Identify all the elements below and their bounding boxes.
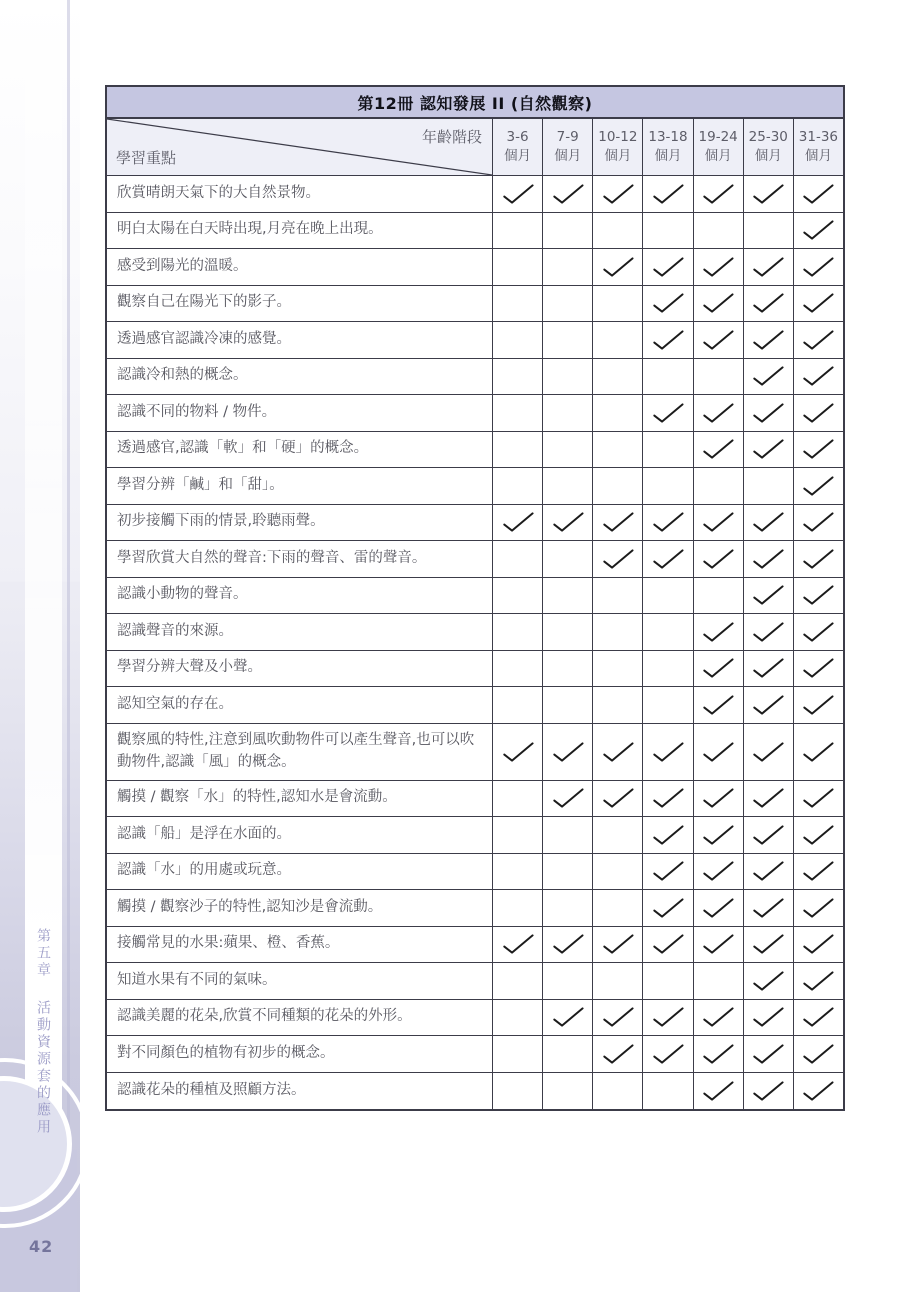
check-cell — [592, 213, 642, 249]
check-icon — [749, 182, 787, 206]
check-cell — [492, 890, 542, 926]
check-icon — [749, 896, 787, 920]
check-icon — [749, 255, 787, 279]
table-row: 接觸常見的水果:蘋果、橙、香蕉。 — [107, 927, 843, 964]
check-cell — [743, 927, 793, 963]
check-cell — [693, 687, 743, 723]
chapter-title-label: 活動資源套的應用 — [33, 1000, 53, 1136]
check-cell — [642, 468, 692, 504]
age-column-header: 25-30個月 — [743, 119, 793, 175]
table-row: 認識小動物的聲音。 — [107, 578, 843, 615]
table-row: 認識冷和熱的概念。 — [107, 359, 843, 396]
check-cell — [642, 817, 692, 853]
check-icon — [599, 182, 637, 206]
check-icon — [749, 583, 787, 607]
age-unit: 個月 — [604, 149, 631, 164]
learning-point-text: 觀察風的特性,注意到風吹動物件可以產生聲音,也可以吹動物件,認識「風」的概念。 — [117, 730, 482, 774]
check-cell — [542, 1073, 592, 1110]
table-row: 初步接觸下雨的情景,聆聽雨聲。 — [107, 505, 843, 542]
check-cell — [492, 541, 542, 577]
check-cell — [492, 651, 542, 687]
check-cell — [693, 651, 743, 687]
check-cell — [743, 176, 793, 212]
check-cell — [542, 687, 592, 723]
check-cell — [693, 1036, 743, 1072]
learning-point-cell: 認識小動物的聲音。 — [107, 578, 492, 614]
age-range: 3-6 — [507, 130, 529, 145]
check-icon — [499, 740, 537, 764]
check-icon — [699, 620, 737, 644]
check-cell — [793, 817, 843, 853]
check-cell — [743, 963, 793, 999]
check-icon — [799, 1005, 837, 1029]
table-title: 第12冊 認知發展 II (自然觀察) — [107, 87, 843, 119]
check-cell — [793, 541, 843, 577]
check-cell — [592, 651, 642, 687]
check-cell — [492, 614, 542, 650]
check-cell — [642, 651, 692, 687]
table-row: 學習分辨「鹹」和「甜」。 — [107, 468, 843, 505]
learning-point-text: 認識「船」是浮在水面的。 — [117, 824, 291, 846]
check-cell — [592, 505, 642, 541]
check-cell — [592, 614, 642, 650]
check-cell — [793, 578, 843, 614]
check-icon — [749, 786, 787, 810]
check-cell — [492, 505, 542, 541]
check-cell — [793, 890, 843, 926]
check-cell — [743, 359, 793, 395]
learning-point-cell: 認識「船」是浮在水面的。 — [107, 817, 492, 853]
table-row: 認識聲音的來源。 — [107, 614, 843, 651]
learning-point-text: 學習分辨「鹹」和「甜」。 — [117, 475, 284, 497]
check-icon — [749, 291, 787, 315]
learning-point-text: 觸摸 / 觀察「水」的特性,認知水是會流動。 — [117, 787, 397, 809]
check-cell — [542, 817, 592, 853]
check-icon — [799, 1042, 837, 1066]
check-cell — [693, 1073, 743, 1110]
learning-point-cell: 透過感官認識冷凍的感覺。 — [107, 322, 492, 358]
learning-point-text: 初步接觸下雨的情景,聆聽雨聲。 — [117, 511, 325, 533]
table-row: 觸摸 / 觀察沙子的特性,認知沙是會流動。 — [107, 890, 843, 927]
learning-point-cell: 觀察風的特性,注意到風吹動物件可以產生聲音,也可以吹動物件,認識「風」的概念。 — [107, 724, 492, 780]
check-icon — [599, 510, 637, 534]
table-row: 學習分辨大聲及小聲。 — [107, 651, 843, 688]
learning-point-cell: 欣賞晴朗天氣下的大自然景物。 — [107, 176, 492, 212]
age-range: 25-30 — [749, 130, 788, 145]
learning-point-text: 透過感官,認識「軟」和「硬」的概念。 — [117, 438, 368, 460]
check-cell — [492, 249, 542, 285]
check-cell — [693, 213, 743, 249]
check-cell — [492, 395, 542, 431]
check-cell — [492, 286, 542, 322]
check-cell — [592, 963, 642, 999]
check-cell — [642, 1000, 692, 1036]
check-cell — [642, 1036, 692, 1072]
check-cell — [592, 1073, 642, 1110]
check-icon — [649, 740, 687, 764]
check-cell — [793, 468, 843, 504]
check-icon — [799, 932, 837, 956]
learning-point-cell: 認識聲音的來源。 — [107, 614, 492, 650]
check-icon — [699, 896, 737, 920]
check-icon — [549, 740, 587, 764]
check-icon — [649, 328, 687, 352]
table-row: 認識花朵的種植及照顧方法。 — [107, 1073, 843, 1110]
check-cell — [743, 1000, 793, 1036]
check-cell — [793, 927, 843, 963]
age-column-headers: 3-6個月7-9個月10-12個月13-18個月19-24個月25-30個月31… — [492, 119, 843, 175]
check-icon — [799, 328, 837, 352]
check-cell — [592, 687, 642, 723]
check-cell — [693, 359, 743, 395]
check-icon — [749, 1079, 787, 1103]
age-column-header: 13-18個月 — [642, 119, 692, 175]
learning-point-text: 知道水果有不同的氣味。 — [117, 970, 277, 992]
check-cell — [793, 432, 843, 468]
check-cell — [642, 687, 692, 723]
check-cell — [793, 176, 843, 212]
check-icon — [799, 693, 837, 717]
check-icon — [699, 437, 737, 461]
check-cell — [793, 854, 843, 890]
check-icon — [799, 786, 837, 810]
check-icon — [649, 291, 687, 315]
check-icon — [799, 740, 837, 764]
check-cell — [693, 724, 743, 780]
check-icon — [749, 859, 787, 883]
header-corner-cell: 年齡階段 學習重點 — [107, 119, 492, 175]
age-range: 19-24 — [699, 130, 738, 145]
check-icon — [699, 786, 737, 810]
check-cell — [592, 578, 642, 614]
age-unit: 個月 — [755, 149, 782, 164]
page-number: 42 — [29, 1237, 53, 1256]
check-cell — [592, 286, 642, 322]
check-cell — [693, 322, 743, 358]
check-cell — [693, 1000, 743, 1036]
learning-point-text: 明白太陽在白天時出現,月亮在晚上出現。 — [117, 219, 383, 241]
check-icon — [749, 932, 787, 956]
table-row: 觀察自己在陽光下的影子。 — [107, 286, 843, 323]
check-cell — [743, 1073, 793, 1110]
check-cell — [592, 724, 642, 780]
learning-point-text: 觀察自己在陽光下的影子。 — [117, 292, 291, 314]
check-cell — [542, 963, 592, 999]
check-cell — [793, 781, 843, 817]
learning-point-cell: 學習分辨大聲及小聲。 — [107, 651, 492, 687]
check-cell — [492, 432, 542, 468]
learning-point-text: 對不同顏色的植物有初步的概念。 — [117, 1043, 335, 1065]
check-cell — [592, 359, 642, 395]
check-icon — [799, 547, 837, 571]
check-icon — [699, 656, 737, 680]
age-range: 31-36 — [799, 130, 838, 145]
age-column-header: 10-12個月 — [592, 119, 642, 175]
age-stage-label: 年齡階段 — [422, 126, 482, 147]
check-cell — [743, 817, 793, 853]
check-icon — [799, 182, 837, 206]
check-icon — [499, 182, 537, 206]
check-cell — [592, 927, 642, 963]
check-icon — [799, 474, 837, 498]
check-cell — [592, 781, 642, 817]
check-cell — [743, 890, 793, 926]
check-icon — [699, 823, 737, 847]
check-cell — [492, 854, 542, 890]
check-cell — [492, 322, 542, 358]
check-cell — [693, 432, 743, 468]
check-cell — [642, 963, 692, 999]
check-cell — [793, 614, 843, 650]
check-cell — [492, 1036, 542, 1072]
check-cell — [693, 541, 743, 577]
check-icon — [699, 859, 737, 883]
check-cell — [542, 395, 592, 431]
learning-point-text: 接觸常見的水果:蘋果、橙、香蕉。 — [117, 933, 339, 955]
check-cell — [642, 505, 692, 541]
check-icon — [749, 1005, 787, 1029]
table-row: 透過感官認識冷凍的感覺。 — [107, 322, 843, 359]
check-icon — [799, 656, 837, 680]
check-cell — [642, 541, 692, 577]
learning-point-cell: 觸摸 / 觀察沙子的特性,認知沙是會流動。 — [107, 890, 492, 926]
check-icon — [749, 510, 787, 534]
learning-point-cell: 認識冷和熱的概念。 — [107, 359, 492, 395]
check-icon — [749, 656, 787, 680]
check-cell — [693, 505, 743, 541]
check-icon — [749, 547, 787, 571]
check-cell — [642, 724, 692, 780]
document-page: 第五章 活動資源套的應用 42 第12冊 認知發展 II (自然觀察) 年齡階段… — [0, 0, 900, 1292]
age-column-header: 19-24個月 — [693, 119, 743, 175]
check-cell — [592, 854, 642, 890]
age-column-header: 7-9個月 — [542, 119, 592, 175]
check-cell — [592, 322, 642, 358]
learning-point-cell: 學習分辨「鹹」和「甜」。 — [107, 468, 492, 504]
check-icon — [699, 740, 737, 764]
check-icon — [799, 1079, 837, 1103]
check-icon — [799, 620, 837, 644]
table-body: 欣賞晴朗天氣下的大自然景物。明白太陽在白天時出現,月亮在晚上出現。感受到陽光的溫… — [107, 176, 843, 1109]
check-icon — [499, 932, 537, 956]
learning-point-text: 欣賞晴朗天氣下的大自然景物。 — [117, 183, 320, 205]
check-cell — [642, 432, 692, 468]
check-cell — [542, 541, 592, 577]
age-unit: 個月 — [504, 149, 531, 164]
check-icon — [699, 693, 737, 717]
learning-point-cell: 認識不同的物料 / 物件。 — [107, 395, 492, 431]
check-icon — [749, 437, 787, 461]
check-icon — [799, 823, 837, 847]
learning-point-cell: 對不同顏色的植物有初步的概念。 — [107, 1036, 492, 1072]
check-cell — [793, 359, 843, 395]
check-cell — [542, 286, 592, 322]
learning-point-text: 認識花朵的種植及照顧方法。 — [117, 1080, 306, 1102]
check-icon — [699, 510, 737, 534]
table-row: 明白太陽在白天時出現,月亮在晚上出現。 — [107, 213, 843, 250]
check-icon — [799, 255, 837, 279]
check-cell — [492, 687, 542, 723]
table-header-row: 年齡階段 學習重點 3-6個月7-9個月10-12個月13-18個月19-24個… — [107, 119, 843, 176]
table-row: 認知空氣的存在。 — [107, 687, 843, 724]
learning-point-cell: 明白太陽在白天時出現,月亮在晚上出現。 — [107, 213, 492, 249]
learning-point-text: 認識聲音的來源。 — [117, 621, 233, 643]
check-cell — [743, 1036, 793, 1072]
age-column-header: 31-36個月 — [793, 119, 843, 175]
check-icon — [649, 547, 687, 571]
table-row: 認識「水」的用處或玩意。 — [107, 854, 843, 891]
check-cell — [492, 176, 542, 212]
check-icon — [599, 255, 637, 279]
check-icon — [549, 182, 587, 206]
learning-point-text: 透過感官認識冷凍的感覺。 — [117, 329, 291, 351]
check-cell — [492, 963, 542, 999]
check-cell — [743, 286, 793, 322]
check-cell — [793, 651, 843, 687]
check-cell — [542, 781, 592, 817]
check-cell — [642, 890, 692, 926]
check-cell — [743, 468, 793, 504]
age-range: 10-12 — [598, 130, 637, 145]
check-cell — [542, 927, 592, 963]
check-cell — [592, 890, 642, 926]
check-icon — [749, 364, 787, 388]
check-cell — [542, 468, 592, 504]
check-icon — [749, 969, 787, 993]
check-icon — [599, 786, 637, 810]
learning-point-cell: 認知空氣的存在。 — [107, 687, 492, 723]
check-icon — [649, 1005, 687, 1029]
check-icon — [549, 786, 587, 810]
learning-point-cell: 觸摸 / 觀察「水」的特性,認知水是會流動。 — [107, 781, 492, 817]
check-cell — [793, 724, 843, 780]
check-cell — [642, 213, 692, 249]
table-row: 學習欣賞大自然的聲音:下雨的聲音、雷的聲音。 — [107, 541, 843, 578]
age-unit: 個月 — [654, 149, 681, 164]
check-icon — [799, 896, 837, 920]
check-cell — [693, 286, 743, 322]
check-cell — [693, 817, 743, 853]
check-cell — [492, 1073, 542, 1110]
check-cell — [642, 578, 692, 614]
learning-point-cell: 認識「水」的用處或玩意。 — [107, 854, 492, 890]
age-unit: 個月 — [705, 149, 732, 164]
check-icon — [699, 255, 737, 279]
check-cell — [743, 541, 793, 577]
check-cell — [793, 322, 843, 358]
check-cell — [743, 213, 793, 249]
check-cell — [642, 927, 692, 963]
check-icon — [749, 620, 787, 644]
check-icon — [699, 328, 737, 352]
age-range: 7-9 — [557, 130, 579, 145]
check-cell — [693, 927, 743, 963]
check-cell — [793, 963, 843, 999]
check-icon — [599, 1005, 637, 1029]
learning-point-text: 認識冷和熱的概念。 — [117, 365, 248, 387]
check-cell — [693, 963, 743, 999]
check-cell — [592, 541, 642, 577]
check-cell — [542, 614, 592, 650]
check-cell — [743, 781, 793, 817]
check-cell — [743, 578, 793, 614]
check-cell — [642, 395, 692, 431]
check-icon — [749, 693, 787, 717]
check-icon — [649, 182, 687, 206]
learning-point-text: 認識「水」的用處或玩意。 — [117, 860, 291, 882]
check-cell — [793, 286, 843, 322]
check-icon — [649, 896, 687, 920]
learning-point-text: 感受到陽光的溫暖。 — [117, 256, 248, 278]
check-icon — [749, 328, 787, 352]
table-row: 認識「船」是浮在水面的。 — [107, 817, 843, 854]
check-icon — [549, 932, 587, 956]
check-cell — [492, 468, 542, 504]
check-icon — [799, 583, 837, 607]
table-row: 觀察風的特性,注意到風吹動物件可以產生聲音,也可以吹動物件,認識「風」的概念。 — [107, 724, 843, 781]
check-icon — [599, 547, 637, 571]
learning-point-cell: 接觸常見的水果:蘋果、橙、香蕉。 — [107, 927, 492, 963]
check-icon — [799, 364, 837, 388]
table-row: 觸摸 / 觀察「水」的特性,認知水是會流動。 — [107, 781, 843, 818]
check-icon — [749, 1042, 787, 1066]
check-icon — [749, 401, 787, 425]
check-cell — [743, 614, 793, 650]
learning-point-cell: 觀察自己在陽光下的影子。 — [107, 286, 492, 322]
check-cell — [592, 468, 642, 504]
age-range: 13-18 — [648, 130, 687, 145]
table-row: 透過感官,認識「軟」和「硬」的概念。 — [107, 432, 843, 469]
check-cell — [743, 687, 793, 723]
check-cell — [642, 322, 692, 358]
check-cell — [693, 176, 743, 212]
check-icon — [799, 969, 837, 993]
check-cell — [743, 505, 793, 541]
check-icon — [649, 510, 687, 534]
table-row: 感受到陽光的溫暖。 — [107, 249, 843, 286]
check-icon — [699, 1042, 737, 1066]
check-icon — [749, 740, 787, 764]
check-icon — [699, 182, 737, 206]
learning-point-text: 學習分辨大聲及小聲。 — [117, 657, 262, 679]
check-icon — [699, 547, 737, 571]
check-icon — [799, 218, 837, 242]
learning-point-cell: 知道水果有不同的氣味。 — [107, 963, 492, 999]
check-icon — [649, 932, 687, 956]
check-cell — [642, 176, 692, 212]
check-cell — [642, 614, 692, 650]
learning-point-text: 認知空氣的存在。 — [117, 694, 233, 716]
age-unit: 個月 — [554, 149, 581, 164]
check-cell — [592, 817, 642, 853]
learning-point-text: 認識小動物的聲音。 — [117, 584, 248, 606]
check-cell — [542, 176, 592, 212]
learning-point-cell: 感受到陽光的溫暖。 — [107, 249, 492, 285]
check-cell — [743, 724, 793, 780]
table-row: 對不同顏色的植物有初步的概念。 — [107, 1036, 843, 1073]
check-icon — [549, 510, 587, 534]
check-icon — [599, 932, 637, 956]
learning-point-cell: 認識花朵的種植及照顧方法。 — [107, 1073, 492, 1110]
check-cell — [592, 1000, 642, 1036]
check-icon — [699, 932, 737, 956]
check-cell — [492, 578, 542, 614]
check-cell — [592, 395, 642, 431]
learning-point-cell: 初步接觸下雨的情景,聆聽雨聲。 — [107, 505, 492, 541]
check-cell — [542, 432, 592, 468]
check-icon — [799, 859, 837, 883]
check-cell — [592, 249, 642, 285]
